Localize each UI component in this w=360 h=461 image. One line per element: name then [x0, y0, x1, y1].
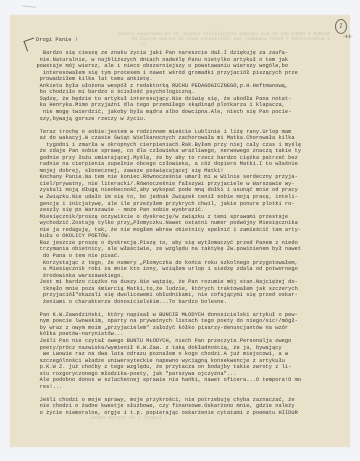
- paragraph-3: Pan K.W.Zawodziński, który napisał w BUN…: [30, 312, 344, 391]
- text-line: Ale podobno donos w szlachetnej sprawie …: [30, 377, 344, 384]
- text-line: nym poecie lwowskim, oparty na prywatnyc…: [30, 318, 344, 325]
- text-line: o życie niemoralne, orgje i t.p. popiera…: [30, 410, 344, 417]
- text-line: przyjaciół"okazali się dwulicowemi obłud…: [30, 292, 344, 299]
- text-line: wychodzić.Zostaję tylko przy„Płomyczku.N…: [30, 220, 344, 227]
- paragraph-4: Jeśli chodzi o moje sprawy, moje przykro…: [30, 397, 344, 417]
- letter-body: Drogi Panie ! Bardzo się cieszę ze znaku…: [30, 37, 344, 417]
- paragraph-2: Teraz trochę o sobie:jestem w rodzinnem …: [30, 129, 344, 306]
- text-line: w Związku.Nie udało im się to, bo jednak…: [30, 194, 344, 201]
- text-line: radnie na cierpienia zupełnie obcego czł…: [30, 161, 344, 168]
- folio-number: -44-: [343, 34, 353, 40]
- text-line: Jest mi bardzo ciężko na duszy.Nie wątpi…: [30, 279, 344, 286]
- scan-mark: [22, 5, 36, 7]
- text-line: że zdaje Pan sobie sprawę, co dla człowi…: [30, 148, 344, 155]
- letter-page: BALBUS I COOLY dez to nie cudowny przyji…: [10, 15, 350, 447]
- text-line: Kochany Panie.Na tem nie koniec.Równocze…: [30, 174, 344, 181]
- text-line: trzymania obietnicy, ale właściwie, ze w…: [30, 246, 344, 253]
- text-line: a Miesięcznik robi za mnie kto inny, wzi…: [30, 266, 344, 273]
- paragraph-1: Bardzo się cieszę ze znaku życia jaki Pa…: [30, 50, 344, 122]
- page-number-circled: 1: [335, 19, 347, 34]
